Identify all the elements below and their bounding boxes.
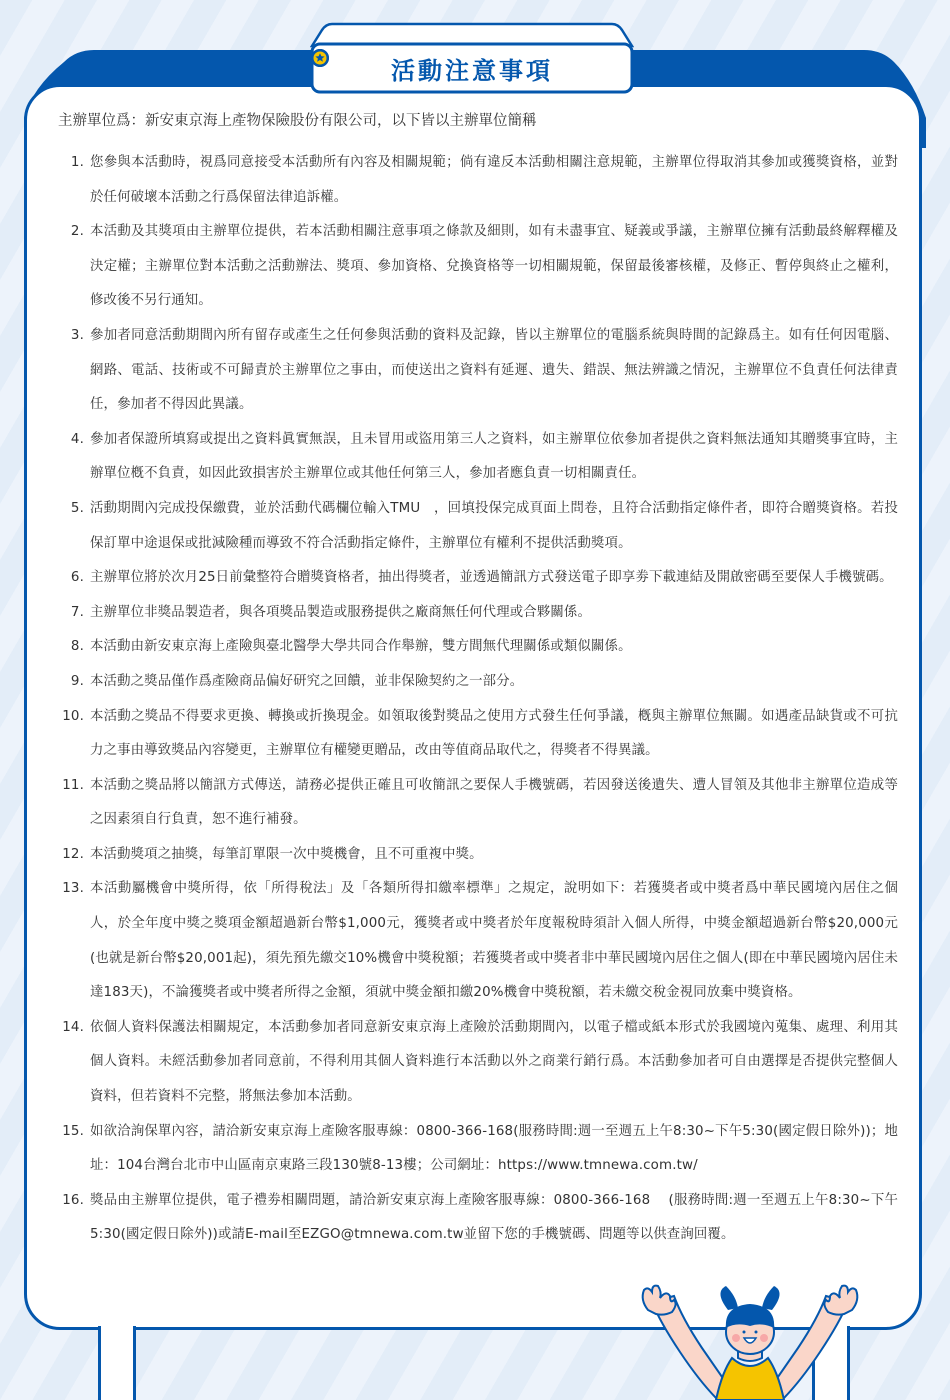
rule-text: 本活動之獎品僅作爲產險商品偏好研究之回饋，並非保險契約之一部分。	[90, 665, 898, 700]
rule-item: 10.本活動之獎品不得要求更換、轉換或折換現金。如領取後對獎品之使用方式發生任何…	[58, 700, 898, 769]
rule-text: 依個人資料保護法相關規定，本活動參加者同意新安東京海上產險於活動期間內，以電子檔…	[90, 1011, 898, 1115]
rule-number: 7.	[58, 596, 90, 631]
notice-content: 主辦單位爲：新安東京海上產物保險股份有限公司，以下皆以主辦單位簡稱 1.您參與本…	[58, 108, 898, 1253]
rule-text: 主辦單位將於次月25日前彙整符合贈獎資格者，抽出得獎者，並透過簡訊方式發送電子即…	[90, 561, 898, 596]
rule-number: 8.	[58, 630, 90, 665]
rule-item: 11.本活動之獎品將以簡訊方式傳送，請務必提供正確且可收簡訊之要保人手機號碼，若…	[58, 769, 898, 838]
rule-number: 6.	[58, 561, 90, 596]
rule-item: 6.主辦單位將於次月25日前彙整符合贈獎資格者，抽出得獎者，並透過簡訊方式發送電…	[58, 561, 898, 596]
rule-text: 參加者保證所填寫或提出之資料眞實無誤，且未冒用或盜用第三人之資料，如主辦單位依參…	[90, 423, 898, 492]
rule-item: 12.本活動獎項之抽獎，每筆訂單限一次中獎機會，且不可重複中獎。	[58, 838, 898, 873]
rule-text: 參加者同意活動期間內所有留存或產生之任何參與活動的資料及記錄，皆以主辦單位的電腦…	[90, 319, 898, 423]
rule-number: 9.	[58, 665, 90, 700]
rule-number: 12.	[58, 838, 90, 873]
rule-number: 13.	[58, 872, 90, 1010]
rule-number: 10.	[58, 700, 90, 769]
rule-item: 4.參加者保證所填寫或提出之資料眞實無誤，且未冒用或盜用第三人之資料，如主辦單位…	[58, 423, 898, 492]
organizer-intro: 主辦單位爲：新安東京海上產物保險股份有限公司，以下皆以主辦單位簡稱	[58, 108, 898, 134]
rule-text: 本活動屬機會中獎所得，依「所得稅法」及「各類所得扣繳率標準」之規定，說明如下：若…	[90, 872, 898, 1010]
rule-number: 2.	[58, 215, 90, 319]
rule-number: 14.	[58, 1011, 90, 1115]
rule-text: 本活動及其獎項由主辦單位提供，若本活動相關注意事項之條款及細則，如有未盡事宜、疑…	[90, 215, 898, 319]
rule-number: 5.	[58, 492, 90, 561]
rule-number: 4.	[58, 423, 90, 492]
page-title: 活動注意事項	[391, 51, 553, 86]
sign-post-left	[98, 1326, 136, 1400]
rule-item: 15.如欲洽詢保單內容，請洽新安東京海上產險客服專線：0800-366-168(…	[58, 1115, 898, 1184]
rule-text: 主辦單位非獎品製造者，與各項獎品製造或服務提供之廠商無任何代理或合夥關係。	[90, 596, 898, 631]
rule-number: 16.	[58, 1184, 90, 1253]
rule-number: 15.	[58, 1115, 90, 1184]
rule-text: 如欲洽詢保單內容，請洽新安東京海上產險客服專線：0800-366-168(服務時…	[90, 1115, 898, 1184]
rule-number: 1.	[58, 146, 90, 215]
rule-text: 獎品由主辦單位提供，電子禮劵相關問題，請洽新安東京海上產險客服專線：0800-3…	[90, 1184, 898, 1253]
rule-number: 11.	[58, 769, 90, 838]
star-badge-icon	[569, 58, 589, 78]
rule-item: 1.您參與本活動時，視爲同意接受本活動所有內容及相關規範；倘有違反本活動相關注意…	[58, 146, 898, 215]
title-tab: 活動注意事項	[310, 22, 634, 94]
rule-text: 本活動由新安東京海上產險與臺北醫學大學共同合作舉辦，雙方間無代理關係或類似關係。	[90, 630, 898, 665]
rules-list: 1.您參與本活動時，視爲同意接受本活動所有內容及相關規範；倘有違反本活動相關注意…	[58, 146, 898, 1253]
rule-item: 13.本活動屬機會中獎所得，依「所得稅法」及「各類所得扣繳率標準」之規定，說明如…	[58, 872, 898, 1010]
rule-item: 7.主辦單位非獎品製造者，與各項獎品製造或服務提供之廠商無任何代理或合夥關係。	[58, 596, 898, 631]
rule-item: 5.活動期間內完成投保繳費，並於活動代碼欄位輸入TMU ，回填投保完成頁面上問卷…	[58, 492, 898, 561]
rule-item: 9.本活動之獎品僅作爲產險商品偏好研究之回饋，並非保險契約之一部分。	[58, 665, 898, 700]
rule-text: 本活動之獎品將以簡訊方式傳送，請務必提供正確且可收簡訊之要保人手機號碼，若因發送…	[90, 769, 898, 838]
rule-item: 16.獎品由主辦單位提供，電子禮劵相關問題，請洽新安東京海上產險客服專線：080…	[58, 1184, 898, 1253]
rule-item: 2.本活動及其獎項由主辦單位提供，若本活動相關注意事項之條款及細則，如有未盡事宜…	[58, 215, 898, 319]
rule-text: 您參與本活動時，視爲同意接受本活動所有內容及相關規範；倘有違反本活動相關注意規範…	[90, 146, 898, 215]
star-badge-icon	[355, 58, 375, 78]
cheering-girl-illustration	[630, 1282, 870, 1400]
rule-text: 活動期間內完成投保繳費，並於活動代碼欄位輸入TMU ，回填投保完成頁面上問卷，且…	[90, 492, 898, 561]
rule-item: 14.依個人資料保護法相關規定，本活動參加者同意新安東京海上產險於活動期間內，以…	[58, 1011, 898, 1115]
rule-text: 本活動獎項之抽獎，每筆訂單限一次中獎機會，且不可重複中獎。	[90, 838, 898, 873]
rule-item: 3.參加者同意活動期間內所有留存或產生之任何參與活動的資料及記錄，皆以主辦單位的…	[58, 319, 898, 423]
rule-text: 本活動之獎品不得要求更換、轉換或折換現金。如領取後對獎品之使用方式發生任何爭議，…	[90, 700, 898, 769]
rule-number: 3.	[58, 319, 90, 423]
rule-item: 8.本活動由新安東京海上產險與臺北醫學大學共同合作舉辦，雙方間無代理關係或類似關…	[58, 630, 898, 665]
